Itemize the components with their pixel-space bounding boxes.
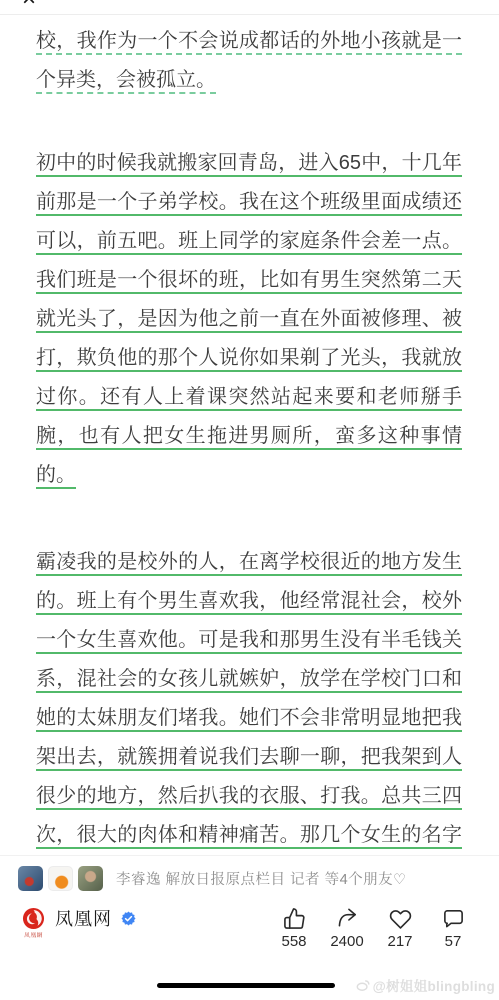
publisher[interactable]: 凤凰網 凤凰网 [20, 907, 136, 939]
weibo-article-screenshot: × 校，我作为一个不会说成都话的外地小孩就是一 个异类，会被孤立。 初中的时候我… [0, 0, 499, 1000]
text-line: 我们班是一个很坏的班，比如有男生突然第二天 [36, 261, 462, 300]
comment-count: 57 [445, 933, 462, 950]
friends-label: 李睿逸 解放日报原点栏目 记者 等4个朋友♡ [116, 868, 407, 889]
share-arrow-icon [336, 907, 359, 930]
text-line: 架出去，就簇拥着说我们去聊一聊，把我架到人 [36, 738, 462, 777]
publisher-name[interactable]: 凤凰网 [55, 907, 112, 931]
text-line: 的。 [36, 456, 462, 495]
text-line: 她的太妹朋友们堵我。她们不会非常明显地把我 [36, 699, 462, 738]
like-button[interactable]: 558 [274, 907, 314, 950]
text-line: 打，欺负他的那个人说你如果剃了光头，我就放 [36, 339, 462, 378]
heart-count: 217 [387, 933, 412, 950]
text-line: 系，混社会的女孩儿就嫉妒，放学在学校门口和 [36, 660, 462, 699]
text-line: 腕，也有人把女生拖进男厕所，蛮多这种事情 [36, 417, 462, 456]
share-button[interactable]: 2400 [327, 907, 367, 950]
thumbs-up-icon [283, 907, 306, 930]
friends-bar[interactable]: 李睿逸 解放日报原点栏目 记者 等4个朋友♡ [0, 855, 499, 901]
home-indicator [157, 983, 335, 988]
text-line: 一个女生喜欢他。可是我和那男生没有半毛钱关 [36, 621, 462, 660]
comment-bubble-icon [442, 907, 465, 930]
phoenix-logo-text: 凤凰網 [24, 930, 43, 938]
friend-avatar[interactable] [18, 866, 43, 891]
weibo-watermark: @树姐姐blingbling [356, 975, 495, 995]
text-line: 个异类，会被孤立。 [36, 61, 462, 100]
watermark-text: @树姐姐blingbling [373, 975, 495, 995]
weibo-logo-icon [356, 978, 370, 992]
top-bar: × [0, 0, 499, 15]
paragraph: 初中的时候我就搬家回青岛，进入65中，十几年 前那是一个子弟学校。我在这个班级里… [36, 144, 462, 495]
paragraph: 霸凌我的是校外的人，在离学校很近的地方发生 的。班上有个男生喜欢我，他经常混社会… [36, 543, 462, 855]
text-line: 次，很大的肉体和精神痛苦。那几个女生的名字 [36, 816, 462, 855]
friend-avatars [18, 866, 103, 891]
text-line: 很少的地方，然后扒我的衣服、打我。总共三四 [36, 777, 462, 816]
text-line: 初中的时候我就搬家回青岛，进入65中，十几年 [36, 144, 462, 183]
friend-avatar[interactable] [78, 866, 103, 891]
text-line: 霸凌我的是校外的人，在离学校很近的地方发生 [36, 543, 462, 582]
comment-button[interactable]: 57 [433, 907, 473, 950]
friend-avatar[interactable] [48, 866, 73, 891]
text-line: 可以，前五吧。班上同学的家庭条件会差一点。 [36, 222, 462, 261]
bottom-system-area: @树姐姐blingbling [0, 953, 499, 1000]
text-line: 的。班上有个男生喜欢我，他经常混社会，校外 [36, 582, 462, 621]
heart-button[interactable]: 217 [380, 907, 420, 950]
engagement-bar: 凤凰網 凤凰网 558 2400 [0, 901, 499, 953]
text-line: 过你。还有人上着课突然站起来要和老师掰手 [36, 378, 462, 417]
verified-badge-icon [121, 911, 136, 926]
like-count: 558 [281, 933, 306, 950]
engagement-stats: 558 2400 217 57 [274, 907, 473, 950]
article-content: 校，我作为一个不会说成都话的外地小孩就是一 个异类，会被孤立。 初中的时候我就搬… [0, 15, 499, 855]
paragraph: 校，我作为一个不会说成都话的外地小孩就是一 个异类，会被孤立。 [36, 22, 462, 100]
text-line: 前那是一个子弟学校。我在这个班级里面成绩还 [36, 183, 462, 222]
text-line: 就光头了，是因为他之前一直在外面被修理、被 [36, 300, 462, 339]
close-button[interactable]: × [22, 0, 36, 11]
phoenix-logo-icon: 凤凰網 [20, 907, 46, 939]
heart-icon [389, 907, 412, 930]
share-count: 2400 [330, 933, 363, 950]
text-line: 校，我作为一个不会说成都话的外地小孩就是一 [36, 22, 462, 61]
